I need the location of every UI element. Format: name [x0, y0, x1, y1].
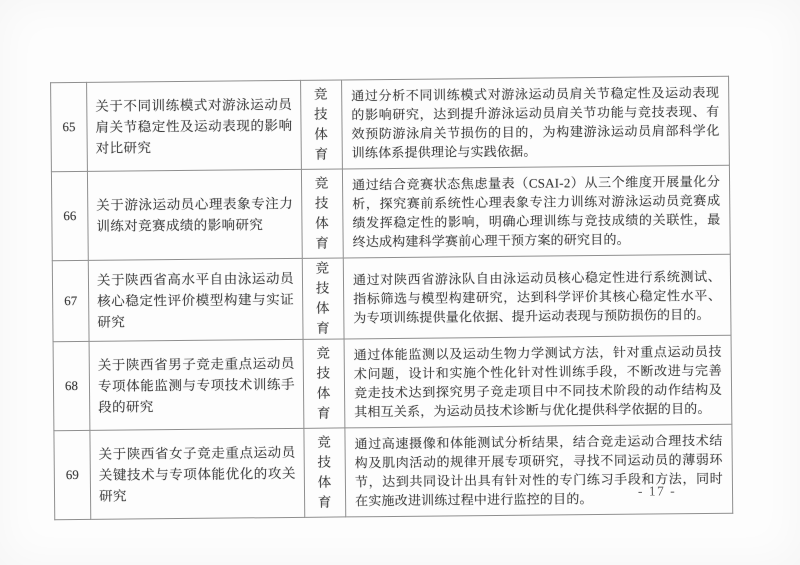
table-row: 67 关于陕西省高水平自由泳运动员核心稳定性评价模型构建与实证研究 竞技体育 通…	[52, 254, 731, 342]
row-number: 69	[54, 430, 91, 519]
project-category: 竞技体育	[304, 428, 346, 517]
project-description: 通过对陕西省游泳队自由泳运动员核心稳定性进行系统测试、指标筛选与模型构建研究，达…	[343, 254, 731, 339]
row-number: 67	[52, 260, 89, 341]
project-description: 通过高速摄像和体能测试分析结果，结合竞走运动合理技术结构及肌肉活动的规律开展专项…	[345, 424, 733, 517]
table-row: 66 关于游泳运动员心理表象专注力训练对竞赛成绩的影响研究 竞技体育 通过结合竞…	[51, 165, 730, 261]
project-title: 关于陕西省男子竞走重点运动员专项体能监测与专项技术训练手段的研究	[89, 339, 304, 430]
project-category: 竞技体育	[301, 80, 343, 169]
table-body: 65 关于不同训练模式对游泳运动员肩关节稳定性及运动表现的影响对比研究 竞技体育…	[51, 76, 733, 519]
table-row: 65 关于不同训练模式对游泳运动员肩关节稳定性及运动表现的影响对比研究 竞技体育…	[51, 76, 730, 172]
project-category: 竞技体育	[303, 339, 345, 428]
project-title: 关于陕西省女子竞走重点运动员关键技术与专项体能优化的攻关研究	[90, 428, 305, 519]
row-number: 65	[51, 82, 88, 171]
table-row: 69 关于陕西省女子竞走重点运动员关键技术与专项体能优化的攻关研究 竞技体育 通…	[54, 424, 733, 520]
project-title: 关于不同训练模式对游泳运动员肩关节稳定性及运动表现的影响对比研究	[87, 80, 302, 171]
project-description: 通过结合竞赛状态焦虑量表（CSAI-2）从三个维度开展量化分析，探究赛前系统性心…	[342, 165, 730, 258]
project-category: 竞技体育	[301, 169, 343, 258]
project-category: 竞技体育	[302, 258, 344, 339]
row-number: 68	[53, 341, 90, 430]
research-projects-table: 65 关于不同训练模式对游泳运动员肩关节稳定性及运动表现的影响对比研究 竞技体育…	[50, 76, 733, 520]
table-row: 68 关于陕西省男子竞走重点运动员专项体能监测与专项技术训练手段的研究 竞技体育…	[53, 335, 732, 431]
project-description: 通过体能监测以及运动生物力学测试方法，针对重点运动员技术问题，设计和实施个性化针…	[344, 335, 732, 428]
row-number: 66	[51, 171, 88, 260]
project-description: 通过分析不同训练模式对游泳运动员肩关节稳定性及运动表现的影响研究，达到提升游泳运…	[342, 76, 730, 169]
scanned-document-page: 65 关于不同训练模式对游泳运动员肩关节稳定性及运动表现的影响对比研究 竞技体育…	[0, 0, 800, 565]
page-number: - 17 -	[638, 483, 676, 499]
scan-tilt-wrapper: 65 关于不同训练模式对游泳运动员肩关节稳定性及运动表现的影响对比研究 竞技体育…	[0, 0, 800, 565]
project-title: 关于游泳运动员心理表象专注力训练对竞赛成绩的影响研究	[87, 169, 302, 260]
project-title: 关于陕西省高水平自由泳运动员核心稳定性评价模型构建与实证研究	[88, 258, 303, 341]
